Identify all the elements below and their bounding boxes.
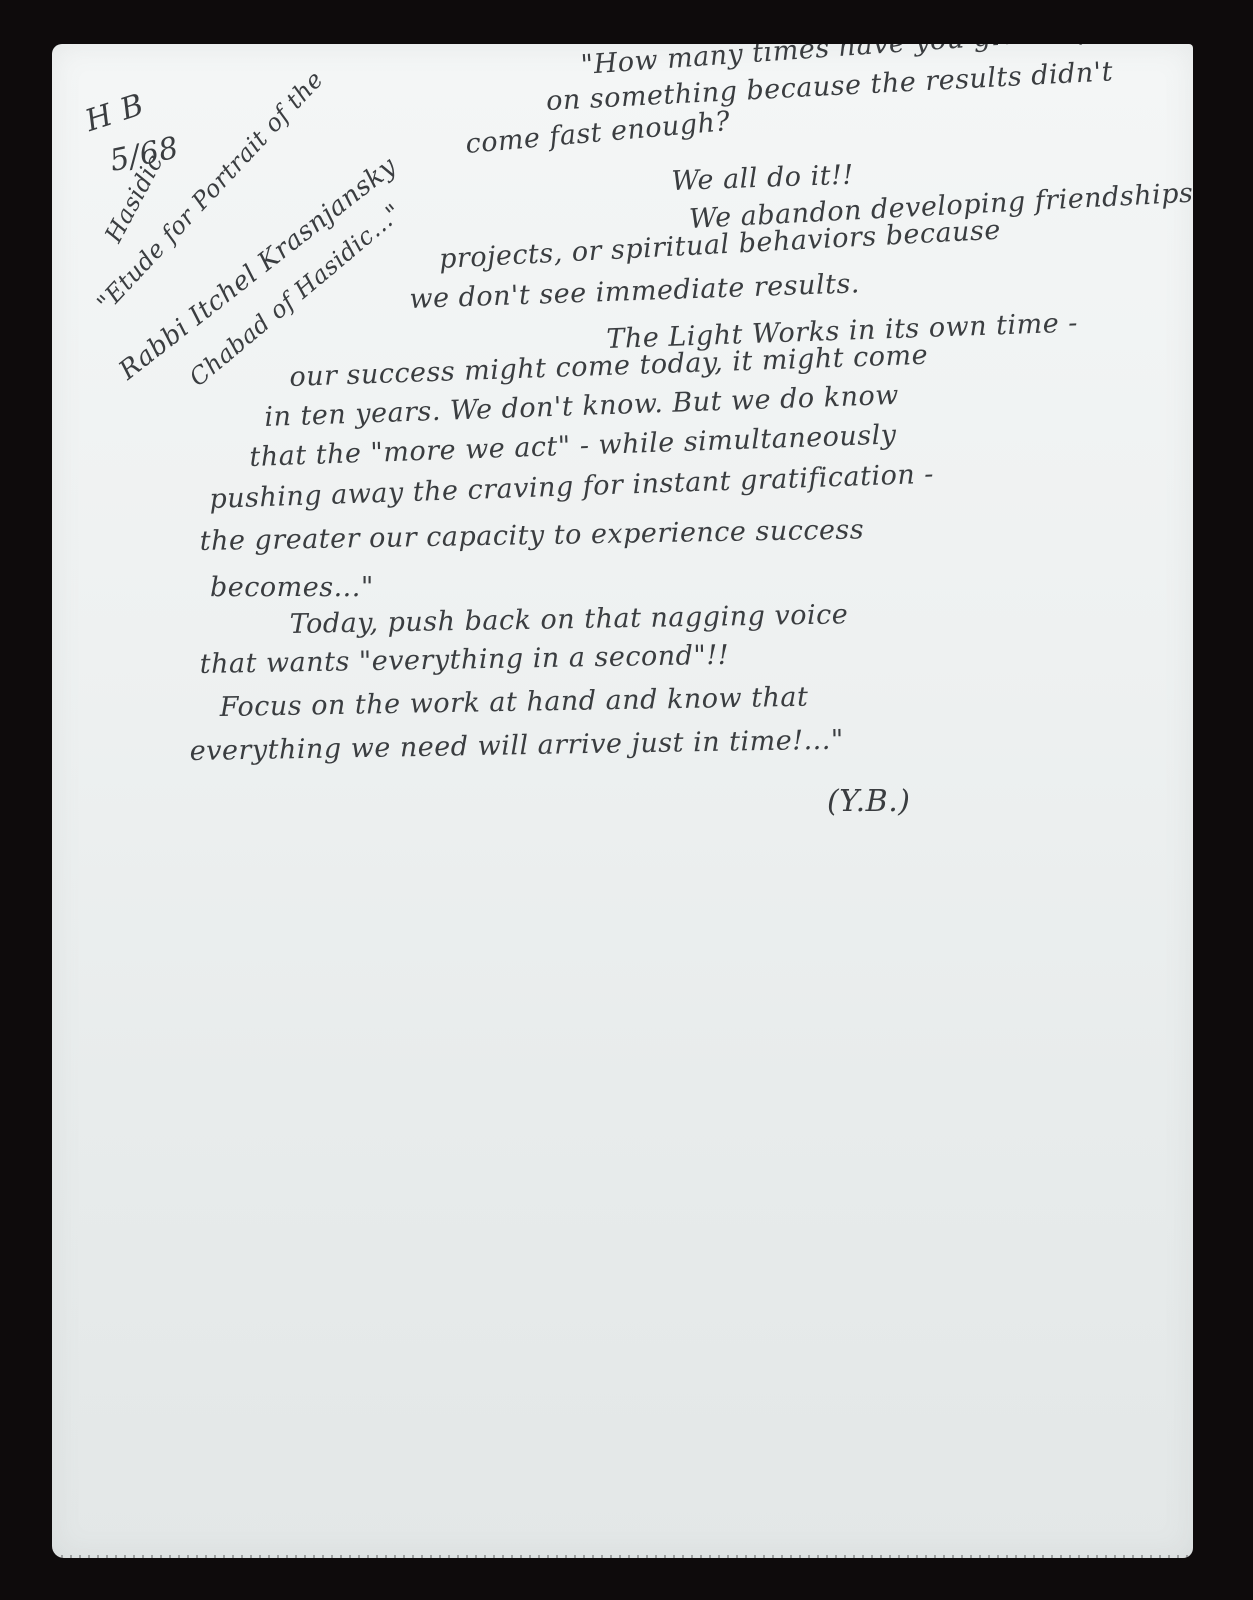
body-line: everything we need will arrive just in t… <box>189 725 844 767</box>
body-line: the greater our capacity to experience s… <box>199 514 864 557</box>
attribution: (Y.B.) <box>827 784 910 819</box>
body-line: that wants "everything in a second"!! <box>199 640 729 680</box>
body-line: we don't see immediate results. <box>409 268 860 315</box>
manuscript-page: H B 5/68 Hasidic "Etude for Portrait of … <box>52 44 1193 1558</box>
body-line: We all do it!! <box>671 160 854 197</box>
body-line: Today, push back on that nagging voice <box>289 599 848 640</box>
body-line: becomes..." <box>210 572 374 603</box>
body-line: Focus on the work at hand and know that <box>219 682 808 723</box>
artist-initials: H B <box>81 87 148 139</box>
